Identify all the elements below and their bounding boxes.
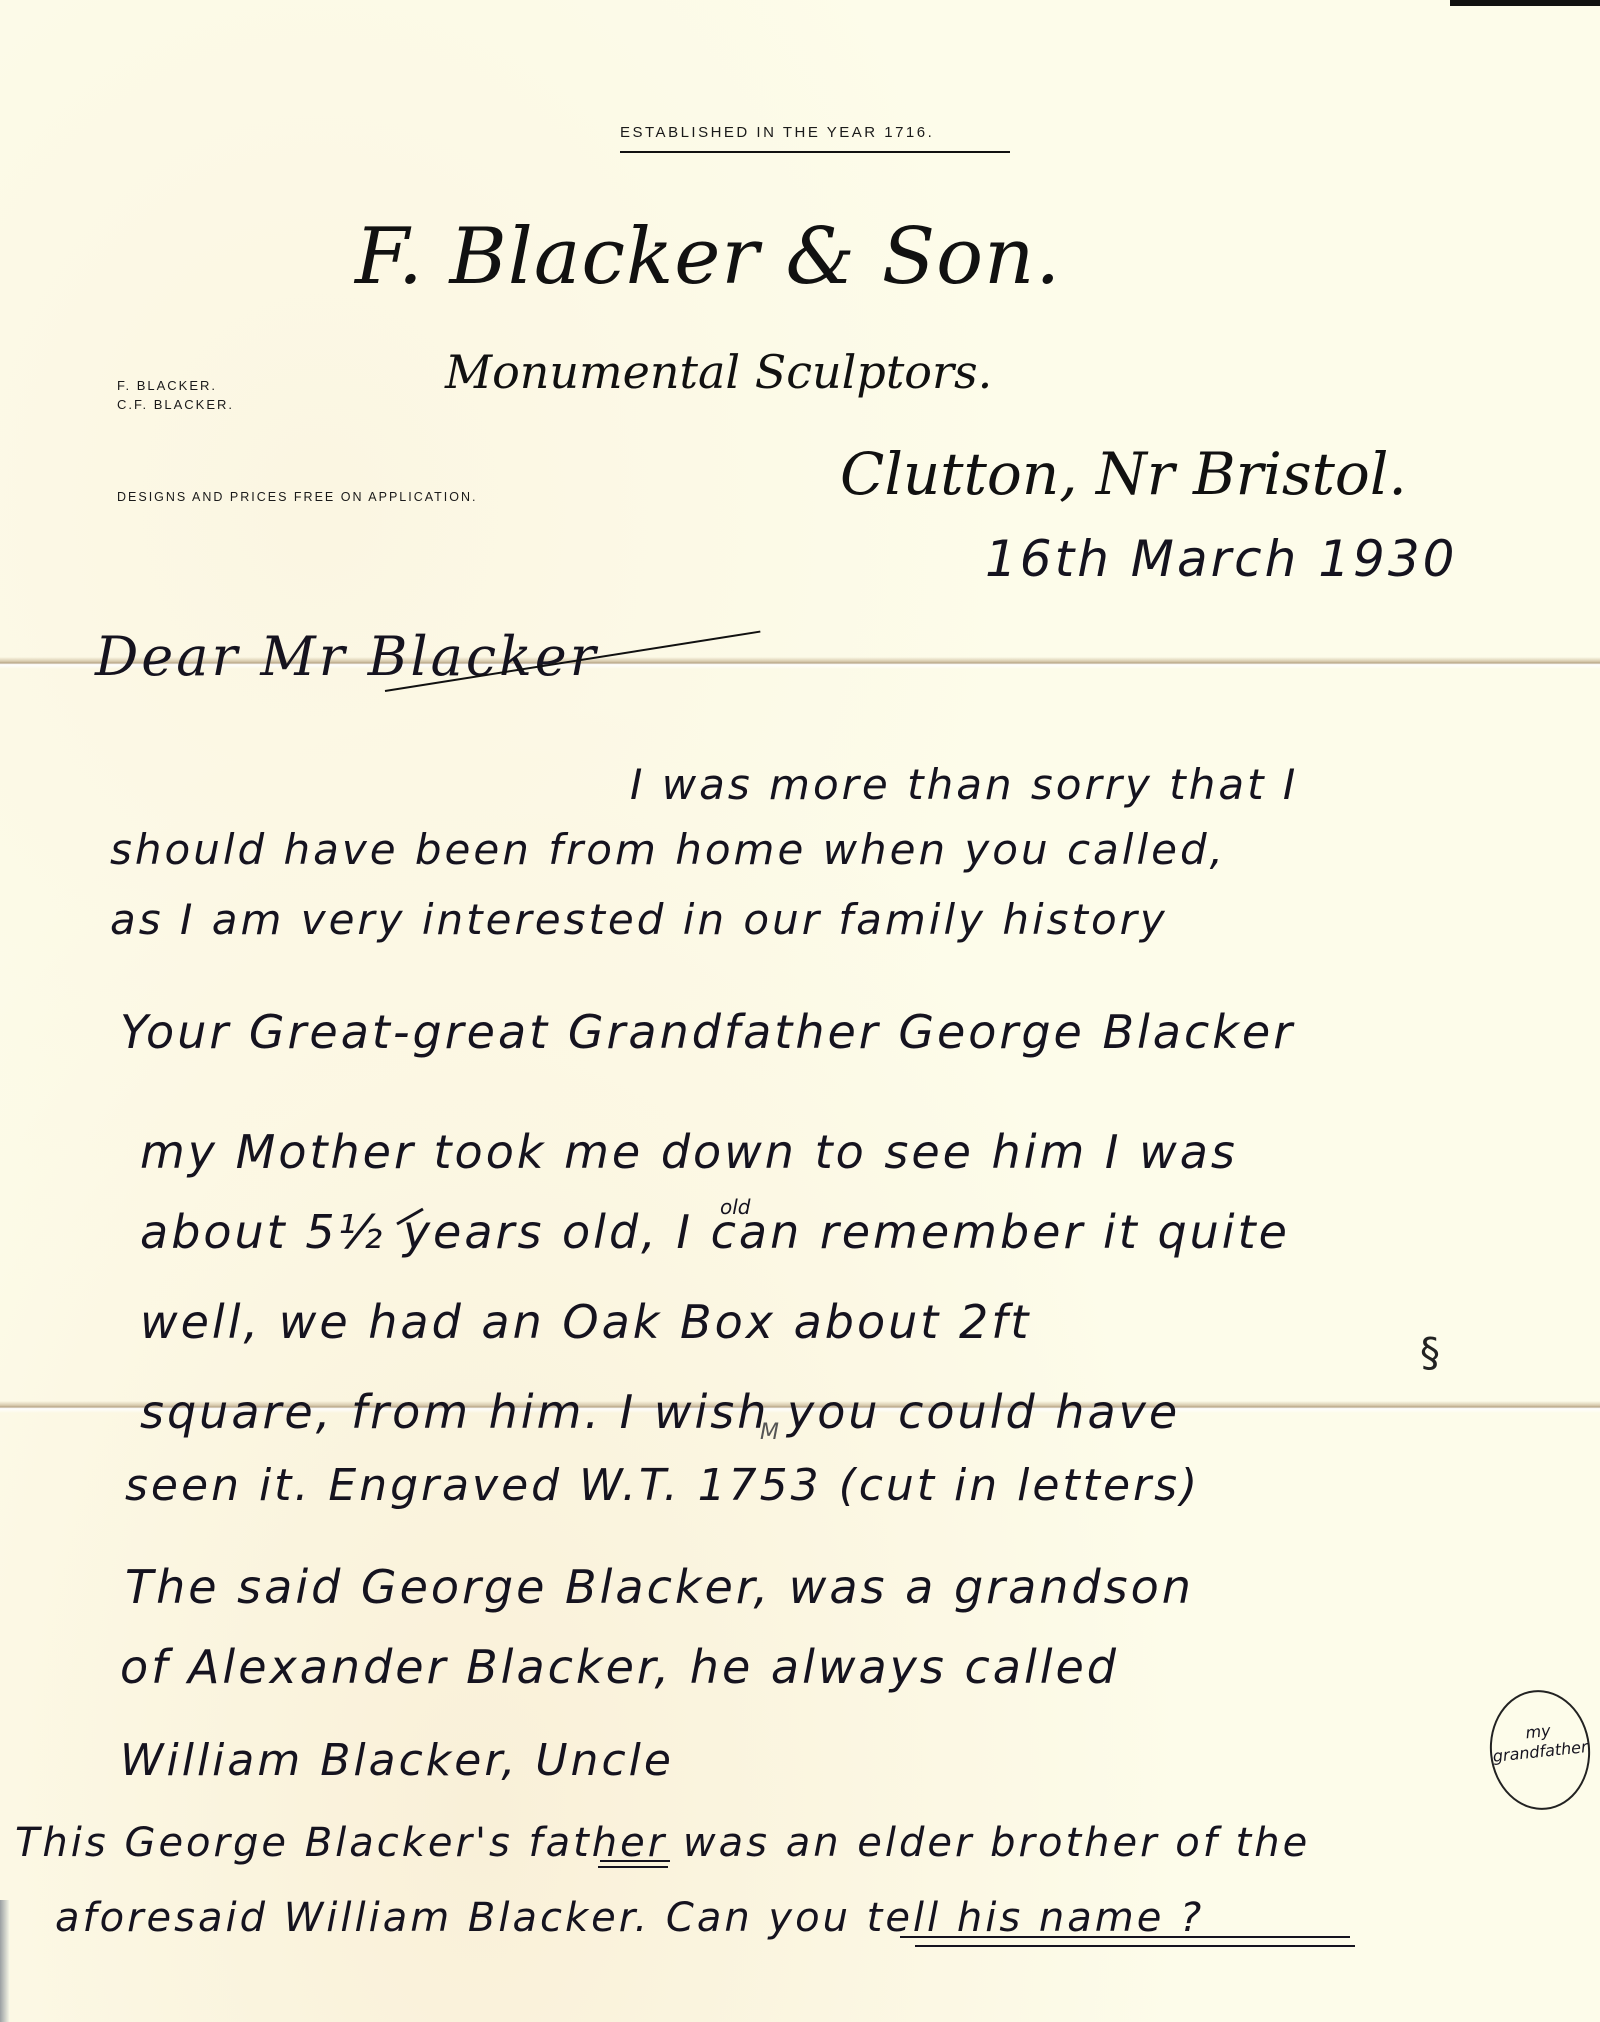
partner-name: F. BLACKER.	[117, 378, 217, 393]
correction-m: M	[760, 1420, 779, 1445]
letter-line: about 5½ years old, I can remember it qu…	[140, 1205, 1290, 1259]
scan-edge	[1450, 0, 1600, 6]
underline-question	[915, 1945, 1355, 1947]
inserted-word-old: old	[720, 1195, 751, 1219]
letter-line: Your Great-great Grandfather George Blac…	[120, 1005, 1295, 1059]
letter-line: I was more than sorry that I	[630, 760, 1298, 809]
scan-edge-left	[0, 1900, 10, 2022]
established-underline	[620, 151, 1010, 153]
letter-line: my Mother took me down to see him I was	[140, 1125, 1238, 1179]
scribbled-out-mark: §	[1420, 1330, 1440, 1376]
established-line: ESTABLISHED IN THE YEAR 1716.	[620, 124, 934, 141]
greeting: Dear Mr Blacker	[95, 625, 599, 688]
letter-line: William Blacker, Uncle	[120, 1735, 674, 1786]
firm-name: F. Blacker & Son.	[355, 212, 1061, 302]
letter-line: The said George Blacker, was a grandson	[125, 1560, 1194, 1614]
trade-description: Monumental Sculptors.	[445, 345, 992, 399]
letter-line: well, we had an Oak Box about 2ft	[140, 1295, 1031, 1349]
letter-line: of Alexander Blacker, he always called	[120, 1640, 1119, 1694]
underline-question	[900, 1936, 1350, 1938]
letter-line: square, from him. I wish you could have	[140, 1385, 1180, 1439]
letter-line: as I am very interested in our family hi…	[110, 895, 1168, 944]
letter-line: aforesaid William Blacker. Can you tell …	[55, 1895, 1204, 1941]
underline-father	[598, 1866, 668, 1868]
letter-line: should have been from home when you call…	[110, 825, 1226, 874]
letter-date: 16th March 1930	[985, 530, 1457, 588]
address: Clutton, Nr Bristol.	[840, 440, 1407, 508]
designs-notice: DESIGNS AND PRICES FREE ON APPLICATION.	[117, 490, 477, 504]
underline-father	[600, 1860, 670, 1862]
partner-name: C.F. BLACKER.	[117, 397, 234, 412]
letter-line: seen it. Engraved W.T. 1753 (cut in lett…	[125, 1460, 1200, 1511]
